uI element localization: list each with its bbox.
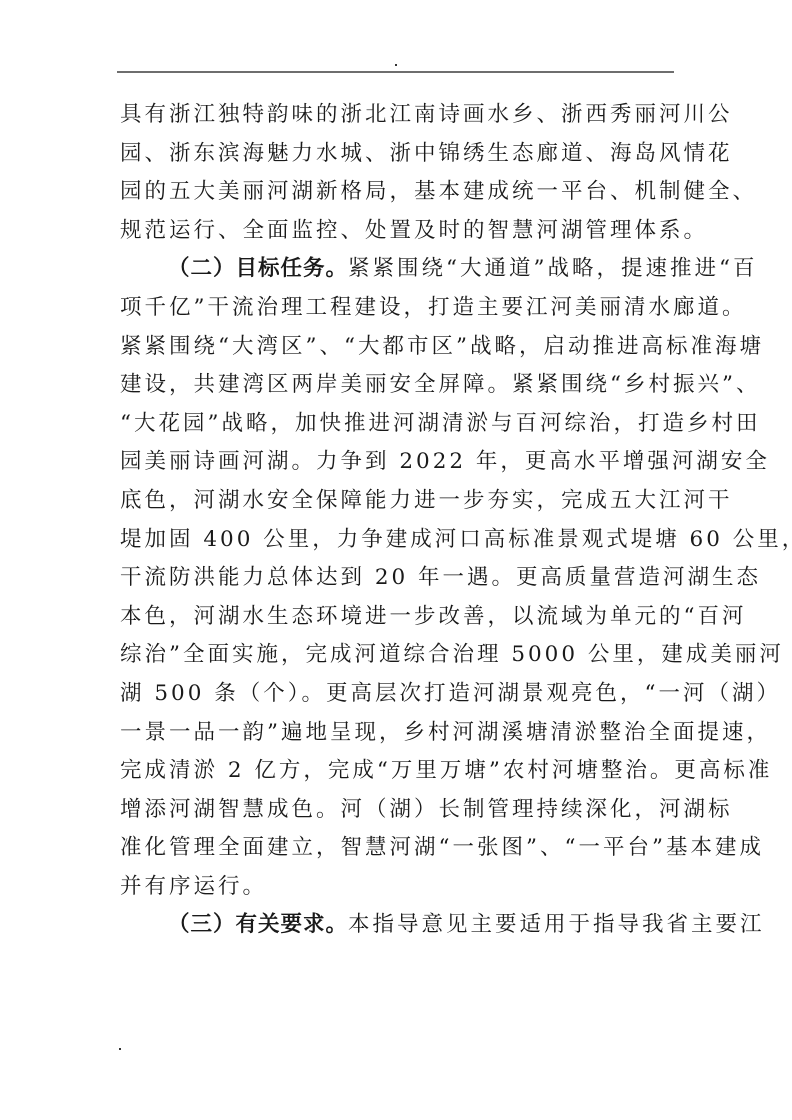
paragraph-line: 综治”全面实施，完成河道综合治理 5000 公里，建成美丽河	[120, 636, 680, 675]
header-mark	[395, 64, 397, 66]
paragraph-line: 湖 500 条（个）。更高层次打造河湖景观亮色，“一河（湖）	[120, 675, 680, 714]
paragraph-first-line: （三）有关要求。本指导意见主要适用于指导我省主要江	[120, 906, 680, 945]
header-rule	[117, 71, 674, 73]
document-page: 具有浙江独特韵味的浙北江南诗画水乡、浙西秀丽河川公 园、浙东滨海魅力水城、浙中锦…	[0, 0, 792, 1120]
paragraph-line: 建设，共建湾区两岸美丽安全屏障。紧紧围绕“乡村振兴”、	[120, 366, 680, 405]
paragraph-line: 具有浙江独特韵味的浙北江南诗画水乡、浙西秀丽河川公	[120, 96, 680, 135]
paragraph-line: 一景一品一韵”遍地呈现，乡村河湖溪塘清淤整治全面提速，	[120, 714, 680, 753]
paragraph-line: 园的五大美丽河湖新格局，基本建成统一平台、机制健全、	[120, 173, 680, 212]
paragraph-line: 园、浙东滨海魅力水城、浙中锦绣生态廊道、海岛风情花	[120, 135, 680, 174]
paragraph-first-line: （二）目标任务。紧紧围绕“大通道”战略，提速推进“百	[120, 250, 680, 289]
paragraph-line: 项千亿”干流治理工程建设，打造主要江河美丽清水廊道。	[120, 289, 680, 328]
paragraph-text: 本指导意见主要适用于指导我省主要江	[348, 912, 765, 937]
paragraph-line: 完成清淤 2 亿方，完成“万里万塘”农村河塘整治。更高标准	[120, 752, 680, 791]
paragraph-line: 本色，河湖水生态环境进一步改善，以流域为单元的“百河	[120, 598, 680, 637]
section-heading-requirements: （三）有关要求。	[168, 912, 348, 937]
footer-mark	[119, 1048, 121, 1050]
paragraph-line: 增添河湖智慧成色。河（湖）长制管理持续深化，河湖标	[120, 791, 680, 830]
paragraph-line: 规范运行、全面监控、处置及时的智慧河湖管理体系。	[120, 212, 680, 251]
paragraph-line: 紧紧围绕“大湾区”、“大都市区”战略，启动推进高标准海塘	[120, 328, 680, 367]
paragraph-line: 干流防洪能力总体达到 20 年一遇。更高质量营造河湖生态	[120, 559, 680, 598]
paragraph-text: 紧紧围绕“大通道”战略，提速推进“百	[348, 256, 757, 281]
paragraph-line: 堤加固 400 公里，力争建成河口高标准景观式堤塘 60 公里，	[120, 521, 680, 560]
body-text: 具有浙江独特韵味的浙北江南诗画水乡、浙西秀丽河川公 园、浙东滨海魅力水城、浙中锦…	[120, 96, 680, 945]
section-heading-goals: （二）目标任务。	[168, 256, 348, 281]
paragraph-line: 底色，河湖水安全保障能力进一步夯实，完成五大江河干	[120, 482, 680, 521]
paragraph-line: 并有序运行。	[120, 868, 680, 907]
paragraph-line: 园美丽诗画河湖。力争到 2022 年，更高水平增强河湖安全	[120, 443, 680, 482]
paragraph-line: 准化管理全面建立，智慧河湖“一张图”、“一平台”基本建成	[120, 829, 680, 868]
paragraph-line: “大花园”战略，加快推进河湖清淤与百河综治，打造乡村田	[120, 405, 680, 444]
